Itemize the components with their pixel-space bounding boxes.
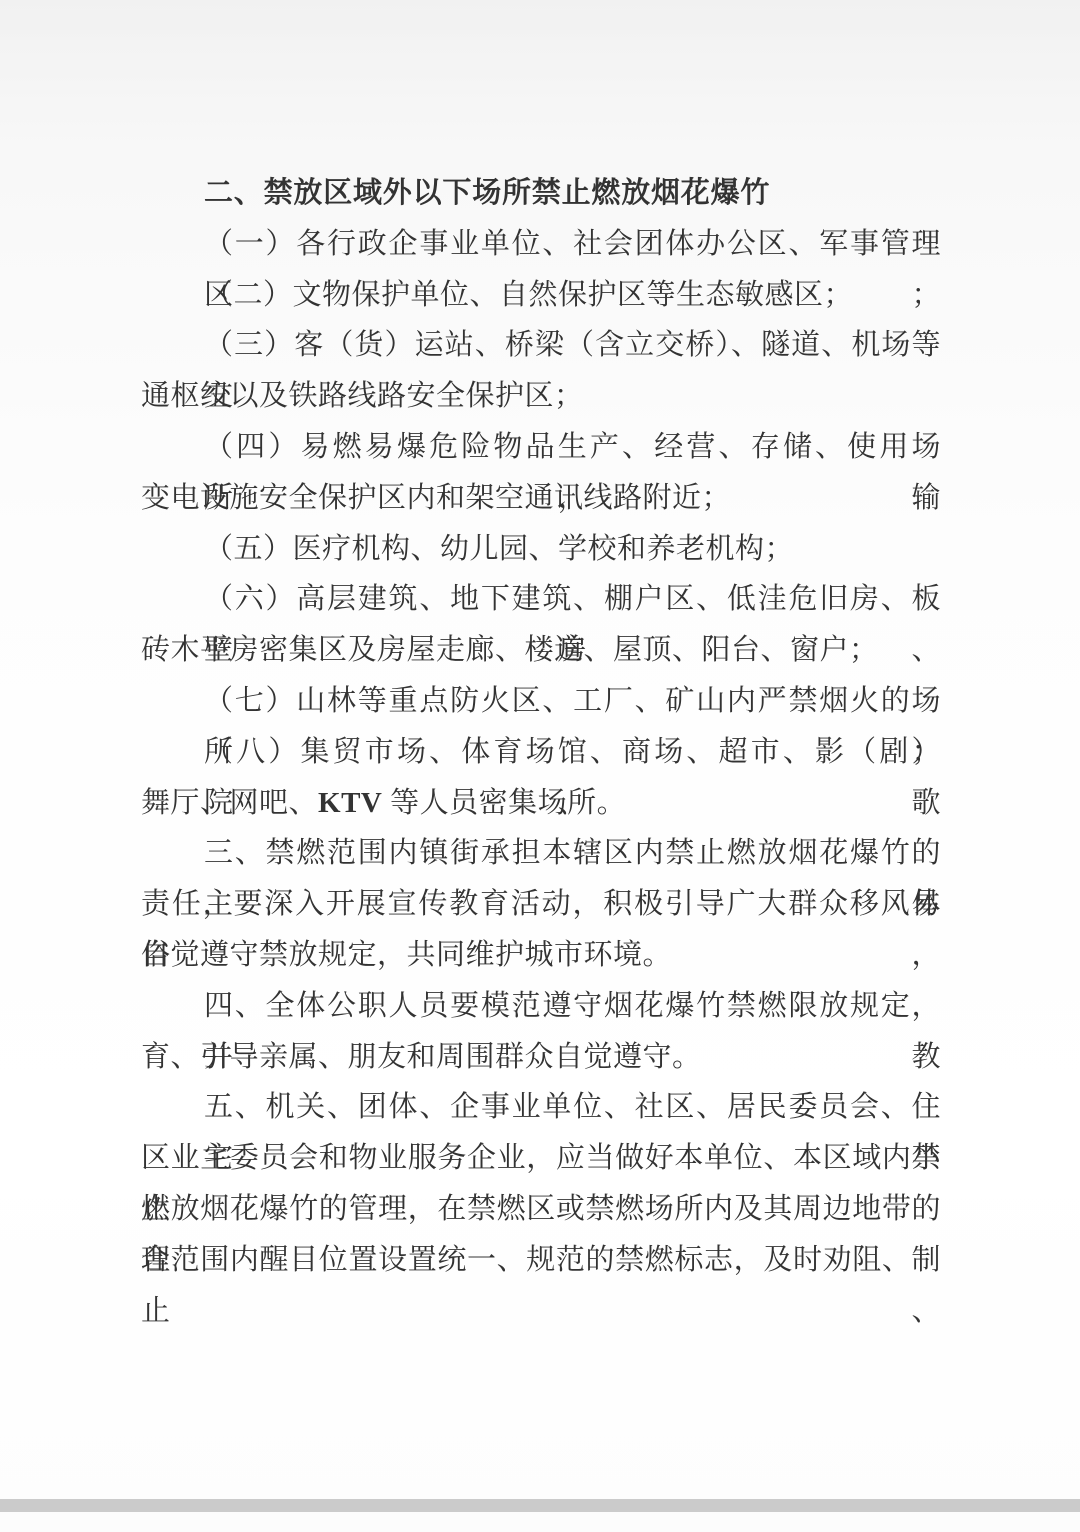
text-run: 变电设施安全保护区内和架空通讯线路附近；	[141, 482, 731, 514]
text-line: （一）各行政企事业单位、社会团体办公区、军事管理区；	[141, 219, 941, 270]
bold-text-run: KTV	[318, 787, 382, 819]
text-line: （四）易燃易爆危险物品生产、经营、存储、使用场所，输	[141, 422, 941, 473]
text-line: （二）文物保护单位、自然保护区等生态敏感区；	[141, 270, 941, 321]
text-line: （五）医疗机构、幼儿园、学校和养老机构；	[141, 524, 941, 575]
text-run: 理范围内醒目位置设置统一、规范的禁燃标志，及时劝阻、制止、	[141, 1244, 941, 1327]
text-line: （七）山林等重点防火区、工厂、矿山内严禁烟火的场所；	[141, 676, 941, 727]
text-line: 五、机关、团体、企事业单位、社区、居民委员会、住宅小	[141, 1082, 941, 1133]
text-run: 自觉遵守禁放规定，共同维护城市环境。	[141, 939, 672, 971]
document-text-block: 二、禁放区域外以下场所禁止燃放烟花爆竹（一）各行政企事业单位、社会团体办公区、军…	[141, 168, 941, 1286]
page-bottom-edge-bar	[0, 1499, 1080, 1512]
text-line: 燃放烟花爆竹的管理，在禁燃区或禁燃场所内及其周边地带的合	[141, 1184, 941, 1235]
document-page: 二、禁放区域外以下场所禁止燃放烟花爆竹（一）各行政企事业单位、社会团体办公区、军…	[0, 0, 1080, 1532]
text-run: 舞厅、网吧、	[141, 787, 318, 819]
text-line: （三）客（货）运站、桥梁（含立交桥）、隧道、机场等交	[141, 320, 941, 371]
text-run: 通枢纽以及铁路线路安全保护区；	[141, 380, 584, 412]
text-line: 四、全体公职人员要模范遵守烟花爆竹禁燃限放规定，并教	[141, 981, 941, 1032]
text-run: （五）医疗机构、幼儿园、学校和养老机构；	[204, 533, 794, 565]
page-below-edge	[0, 1512, 1080, 1532]
text-line: 砖木平房密集区及房屋走廊、楼道、屋顶、阳台、窗户；	[141, 625, 941, 676]
text-run: 育、引导亲属、朋友和周围群众自觉遵守。	[141, 1041, 702, 1073]
text-line: （六）高层建筑、地下建筑、棚户区、低洼危旧房、板壁房、	[141, 574, 941, 625]
text-run: 砖木平房密集区及房屋走廊、楼道、屋顶、阳台、窗户；	[141, 634, 879, 666]
section-heading: 二、禁放区域外以下场所禁止燃放烟花爆竹	[141, 168, 941, 219]
text-line: 区业主委员会和物业服务企业，应当做好本单位、本区域内禁止	[141, 1133, 941, 1184]
bold-text-run: 二、禁放区域外以下场所禁止燃放烟花爆竹	[204, 177, 770, 209]
text-line: 理范围内醒目位置设置统一、规范的禁燃标志，及时劝阻、制止、	[141, 1235, 941, 1286]
text-line: 通枢纽以及铁路线路安全保护区；	[141, 371, 941, 422]
text-line: （八）集贸市场、体育场馆、商场、超市、影（剧）院、歌	[141, 727, 941, 778]
text-line: 责任，要深入开展宣传教育活动，积极引导广大群众移风易俗，	[141, 879, 941, 930]
text-run: （二）文物保护单位、自然保护区等生态敏感区；	[204, 279, 853, 311]
text-line: 三、禁燃范围内镇街承担本辖区内禁止燃放烟花爆竹的主体	[141, 828, 941, 879]
text-run: 等人员密集场所。	[382, 787, 626, 819]
